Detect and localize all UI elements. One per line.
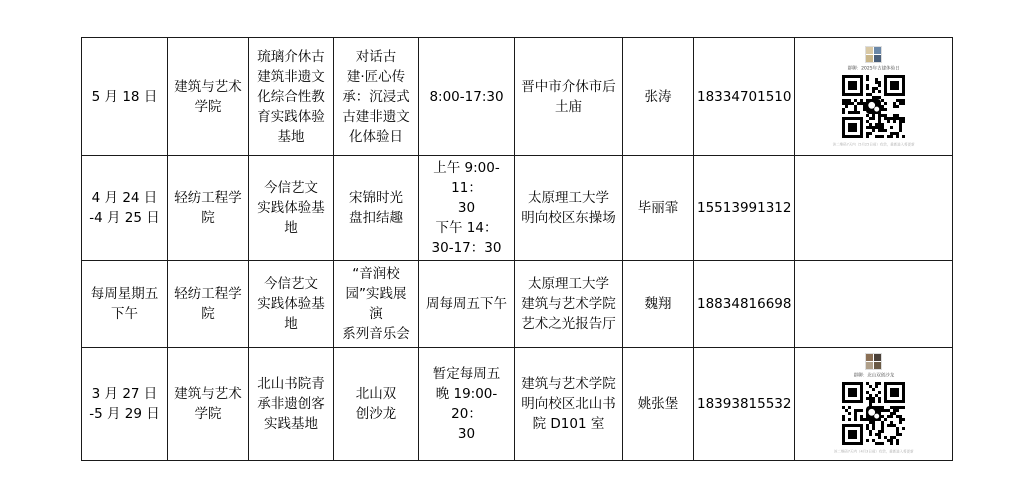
- activity-schedule-table: 5 月 18 日 建筑与艺术 学院 琉璃介休古 建筑非遗文 化综合性教 育实践体…: [81, 37, 953, 461]
- phone-number: 18834816698: [697, 294, 791, 314]
- wechat-group-qr: 群聊：2025年古建体验日 该二维码7天内（5月25日前）有效，重新进入将更新: [798, 46, 949, 148]
- cell-activity: 对话古 建·匠心传 承：沉浸式 古建非遗文 化体验日: [334, 38, 419, 156]
- activity-text: 宋锦时光 盘扣结趣: [349, 188, 403, 228]
- college-text: 轻纺工程学 院: [174, 188, 242, 228]
- location-text: 建筑与艺术学院 明向校区北山书 院 D101 室: [521, 374, 616, 434]
- base-text: 琉璃介休古 建筑非遗文 化综合性教 育实践体验 基地: [257, 47, 325, 147]
- document-page: 5 月 18 日 建筑与艺术 学院 琉璃介休古 建筑非遗文 化综合性教 育实践体…: [0, 0, 1024, 504]
- cell-base: 今信艺文 实践体验基 地: [249, 261, 334, 348]
- cell-college: 轻纺工程学 院: [168, 156, 249, 261]
- cell-contact: 魏翔: [623, 261, 694, 348]
- cell-contact: 毕丽霏: [623, 156, 694, 261]
- cell-location: 建筑与艺术学院 明向校区北山书 院 D101 室: [515, 348, 623, 461]
- cell-qr: [795, 261, 953, 348]
- group-avatar-icon: [865, 353, 882, 370]
- group-avatar-icon: [865, 46, 882, 63]
- qr-group-caption: 群聊：2025年古建体验日: [848, 65, 900, 70]
- cell-time: 暂定每周五 晚 19:00-20： 30: [419, 348, 515, 461]
- cell-base: 今信艺文 实践体验基 地: [249, 156, 334, 261]
- activity-text: “音润校 园”实践展 演 系列音乐会: [342, 264, 410, 344]
- time-text: 上午 9:00-11： 30 下午 14： 30-17：30: [422, 158, 511, 258]
- cell-date: 5 月 18 日: [82, 38, 168, 156]
- cell-location: 太原理工大学 建筑与艺术学院 艺术之光报告厅: [515, 261, 623, 348]
- location-text: 晋中市介休市后 土庙: [521, 77, 616, 117]
- cell-base: 北山书院青 承非遗创客 实践基地: [249, 348, 334, 461]
- cell-qr: [795, 156, 953, 261]
- cell-activity: 宋锦时光 盘扣结趣: [334, 156, 419, 261]
- college-text: 建筑与艺术 学院: [174, 384, 242, 424]
- cell-location: 太原理工大学 明向校区东操场: [515, 156, 623, 261]
- cell-base: 琉璃介休古 建筑非遗文 化综合性教 育实践体验 基地: [249, 38, 334, 156]
- contact-name: 姚张堡: [638, 394, 679, 414]
- table-row: 每周星期五 下午 轻纺工程学 院 今信艺文 实践体验基 地 “音润校 园”实践展…: [82, 261, 953, 348]
- cell-phone: 18834816698: [694, 261, 795, 348]
- wechat-group-qr: 群聊：北山双创沙龙 该二维码7天内（4月3日前）有效，重新进入将更新: [798, 353, 949, 455]
- date-text: 每周星期五 下午: [91, 284, 159, 324]
- cell-time: 上午 9:00-11： 30 下午 14： 30-17：30: [419, 156, 515, 261]
- table-row: 5 月 18 日 建筑与艺术 学院 琉璃介休古 建筑非遗文 化综合性教 育实践体…: [82, 38, 953, 156]
- date-text: 3 月 27 日 -5 月 29 日: [89, 384, 160, 424]
- cell-qr: 群聊：北山双创沙龙 该二维码7天内（4月3日前）有效，重新进入将更新: [795, 348, 953, 461]
- activity-text: 北山双 创沙龙: [356, 384, 397, 424]
- base-text: 今信艺文 实践体验基 地: [257, 178, 325, 238]
- cell-time: 8:00-17:30: [419, 38, 515, 156]
- college-text: 轻纺工程学 院: [174, 284, 242, 324]
- cell-phone: 15513991312: [694, 156, 795, 261]
- base-text: 北山书院青 承非遗创客 实践基地: [257, 374, 325, 434]
- contact-name: 魏翔: [645, 294, 672, 314]
- cell-phone: 18393815532: [694, 348, 795, 461]
- cell-date: 4 月 24 日 -4 月 25 日: [82, 156, 168, 261]
- date-text: 5 月 18 日: [92, 87, 158, 107]
- location-text: 太原理工大学 明向校区东操场: [521, 188, 616, 228]
- qr-expiry-note: 该二维码7天内（4月3日前）有效，重新进入将更新: [834, 449, 914, 453]
- base-text: 今信艺文 实践体验基 地: [257, 274, 325, 334]
- time-text: 暂定每周五 晚 19:00-20： 30: [422, 364, 511, 444]
- cell-date: 3 月 27 日 -5 月 29 日: [82, 348, 168, 461]
- phone-number: 18393815532: [697, 394, 791, 414]
- cell-contact: 姚张堡: [623, 348, 694, 461]
- cell-college: 建筑与艺术 学院: [168, 38, 249, 156]
- activity-text: 对话古 建·匠心传 承：沉浸式 古建非遗文 化体验日: [342, 47, 410, 147]
- cell-activity: 北山双 创沙龙: [334, 348, 419, 461]
- cell-college: 建筑与艺术 学院: [168, 348, 249, 461]
- cell-activity: “音润校 园”实践展 演 系列音乐会: [334, 261, 419, 348]
- date-text: 4 月 24 日 -4 月 25 日: [89, 188, 160, 228]
- qr-expiry-note: 该二维码7天内（5月25日前）有效，重新进入将更新: [833, 142, 915, 146]
- qr-code-image: [842, 382, 905, 445]
- contact-name: 张涛: [645, 87, 672, 107]
- qr-group-caption: 群聊：北山双创沙龙: [854, 373, 895, 378]
- college-text: 建筑与艺术 学院: [174, 77, 242, 117]
- cell-time: 周每周五下午: [419, 261, 515, 348]
- cell-phone: 18334701510: [694, 38, 795, 156]
- phone-number: 15513991312: [697, 198, 791, 218]
- time-text: 8:00-17:30: [429, 87, 503, 107]
- cell-date: 每周星期五 下午: [82, 261, 168, 348]
- contact-name: 毕丽霏: [638, 198, 679, 218]
- qr-code-image: [842, 75, 905, 138]
- cell-contact: 张涛: [623, 38, 694, 156]
- cell-qr: 群聊：2025年古建体验日 该二维码7天内（5月25日前）有效，重新进入将更新: [795, 38, 953, 156]
- location-text: 太原理工大学 建筑与艺术学院 艺术之光报告厅: [521, 274, 616, 334]
- table-row: 3 月 27 日 -5 月 29 日 建筑与艺术 学院 北山书院青 承非遗创客 …: [82, 348, 953, 461]
- cell-college: 轻纺工程学 院: [168, 261, 249, 348]
- table-row: 4 月 24 日 -4 月 25 日 轻纺工程学 院 今信艺文 实践体验基 地 …: [82, 156, 953, 261]
- time-text: 周每周五下午: [426, 294, 507, 314]
- cell-location: 晋中市介休市后 土庙: [515, 38, 623, 156]
- phone-number: 18334701510: [697, 87, 791, 107]
